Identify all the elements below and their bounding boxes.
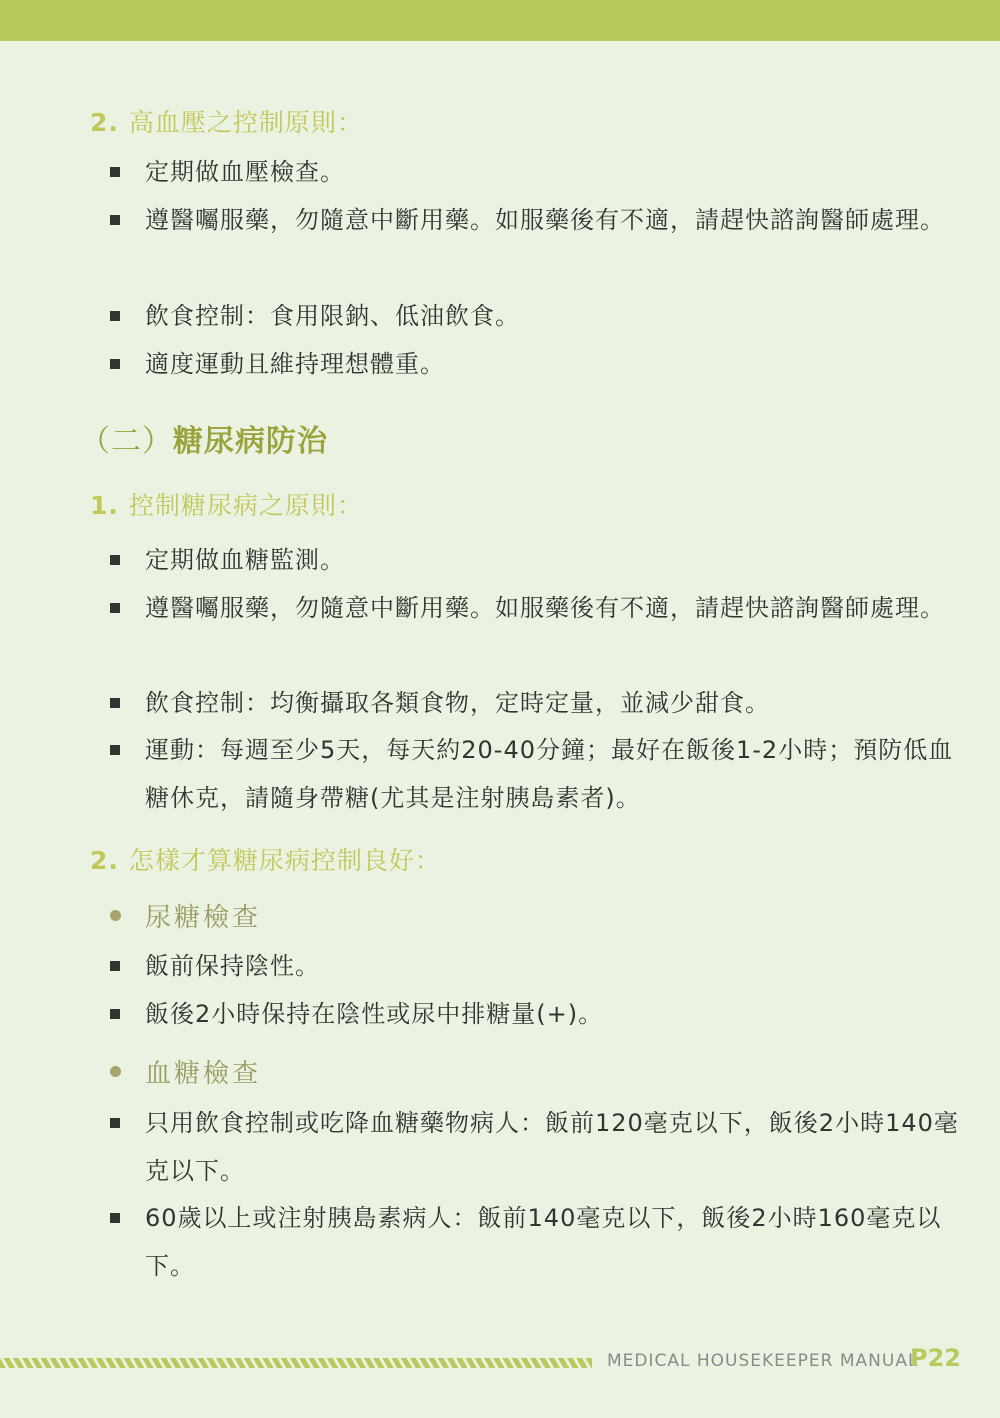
square-bullet-icon [110, 961, 120, 971]
heading-text: 高血壓之控制原則： [129, 108, 363, 137]
item-text: 定期做血糖監測。 [145, 536, 960, 584]
square-bullet-icon [110, 167, 120, 177]
item-text: 只用飲食控制或吃降血糖藥物病人：飯前120毫克以下，飯後2小時140毫克以下。 [145, 1099, 960, 1195]
urine-test-heading: 尿糖檢查 [110, 897, 261, 934]
square-bullet-icon [110, 359, 120, 369]
subheading-text: 尿糖檢查 [145, 903, 261, 933]
diabetes-control-heading: 2.怎樣才算糖尿病控制良好： [90, 841, 441, 877]
item-text: 飲食控制：均衡攝取各類食物，定時定量，並減少甜食。 [145, 679, 960, 727]
diabetes-principles-heading: 1.控制糖尿病之原則： [90, 486, 363, 522]
footer-title: MEDICAL HOUSEKEEPER MANUAL [607, 1351, 918, 1371]
list-item: 適度運動且維持理想體重。 [110, 340, 960, 388]
square-bullet-icon [110, 1213, 120, 1223]
list-item: 運動：每週至少5天，每天約20-40分鐘；最好在飯後1-2小時；預防低血糖休克，… [110, 726, 960, 822]
square-bullet-icon [110, 1118, 120, 1128]
list-item: 只用飲食控制或吃降血糖藥物病人：飯前120毫克以下，飯後2小時140毫克以下。 [110, 1099, 960, 1195]
heading-text: 怎樣才算糖尿病控制良好： [129, 846, 441, 875]
heading-text: 控制糖尿病之原則： [129, 491, 363, 520]
square-bullet-icon [110, 745, 120, 755]
list-item: 遵醫囑服藥，勿隨意中斷用藥。如服藥後有不適，請趕快諮詢醫師處理。 [110, 584, 960, 632]
item-text: 定期做血壓檢查。 [145, 148, 960, 196]
section-number: （二） [80, 424, 173, 459]
list-item: 飲食控制：均衡攝取各類食物，定時定量，並減少甜食。 [110, 679, 960, 727]
list-item: 飯前保持陰性。 [110, 942, 960, 990]
footer-stripe [0, 1358, 592, 1368]
heading-number: 2. [90, 846, 119, 875]
header-band [0, 0, 1000, 41]
item-text: 60歲以上或注射胰島素病人：飯前140毫克以下，飯後2小時160毫克以下。 [145, 1194, 960, 1290]
heading-number: 2. [90, 108, 119, 137]
square-bullet-icon [110, 603, 120, 613]
list-item: 遵醫囑服藥，勿隨意中斷用藥。如服藥後有不適，請趕快諮詢醫師處理。 [110, 196, 960, 244]
square-bullet-icon [110, 1009, 120, 1019]
square-bullet-icon [110, 311, 120, 321]
heading-number: 1. [90, 491, 119, 520]
hypertension-heading: 2.高血壓之控制原則： [90, 103, 363, 139]
item-text: 遵醫囑服藥，勿隨意中斷用藥。如服藥後有不適，請趕快諮詢醫師處理。 [145, 584, 960, 632]
item-text: 遵醫囑服藥，勿隨意中斷用藥。如服藥後有不適，請趕快諮詢醫師處理。 [145, 196, 960, 244]
item-text: 飯後2小時保持在陰性或尿中排糖量(+)。 [145, 990, 960, 1038]
list-item: 60歲以上或注射胰島素病人：飯前140毫克以下，飯後2小時160毫克以下。 [110, 1194, 960, 1290]
item-text: 適度運動且維持理想體重。 [145, 340, 960, 388]
round-bullet-icon [110, 910, 121, 921]
square-bullet-icon [110, 555, 120, 565]
list-item: 飲食控制：食用限鈉、低油飲食。 [110, 292, 960, 340]
list-item: 定期做血糖監測。 [110, 536, 960, 584]
list-item: 定期做血壓檢查。 [110, 148, 960, 196]
blood-test-heading: 血糖檢查 [110, 1053, 261, 1090]
square-bullet-icon [110, 698, 120, 708]
round-bullet-icon [110, 1066, 121, 1077]
page-number: P22 [910, 1344, 961, 1372]
item-text: 飲食控制：食用限鈉、低油飲食。 [145, 292, 960, 340]
item-text: 飯前保持陰性。 [145, 942, 960, 990]
item-text: 運動：每週至少5天，每天約20-40分鐘；最好在飯後1-2小時；預防低血糖休克，… [145, 726, 960, 822]
subheading-text: 血糖檢查 [145, 1059, 261, 1089]
list-item: 飯後2小時保持在陰性或尿中排糖量(+)。 [110, 990, 960, 1038]
section-heading: （二）糖尿病防治 [80, 416, 328, 460]
square-bullet-icon [110, 215, 120, 225]
section-title: 糖尿病防治 [173, 424, 328, 459]
